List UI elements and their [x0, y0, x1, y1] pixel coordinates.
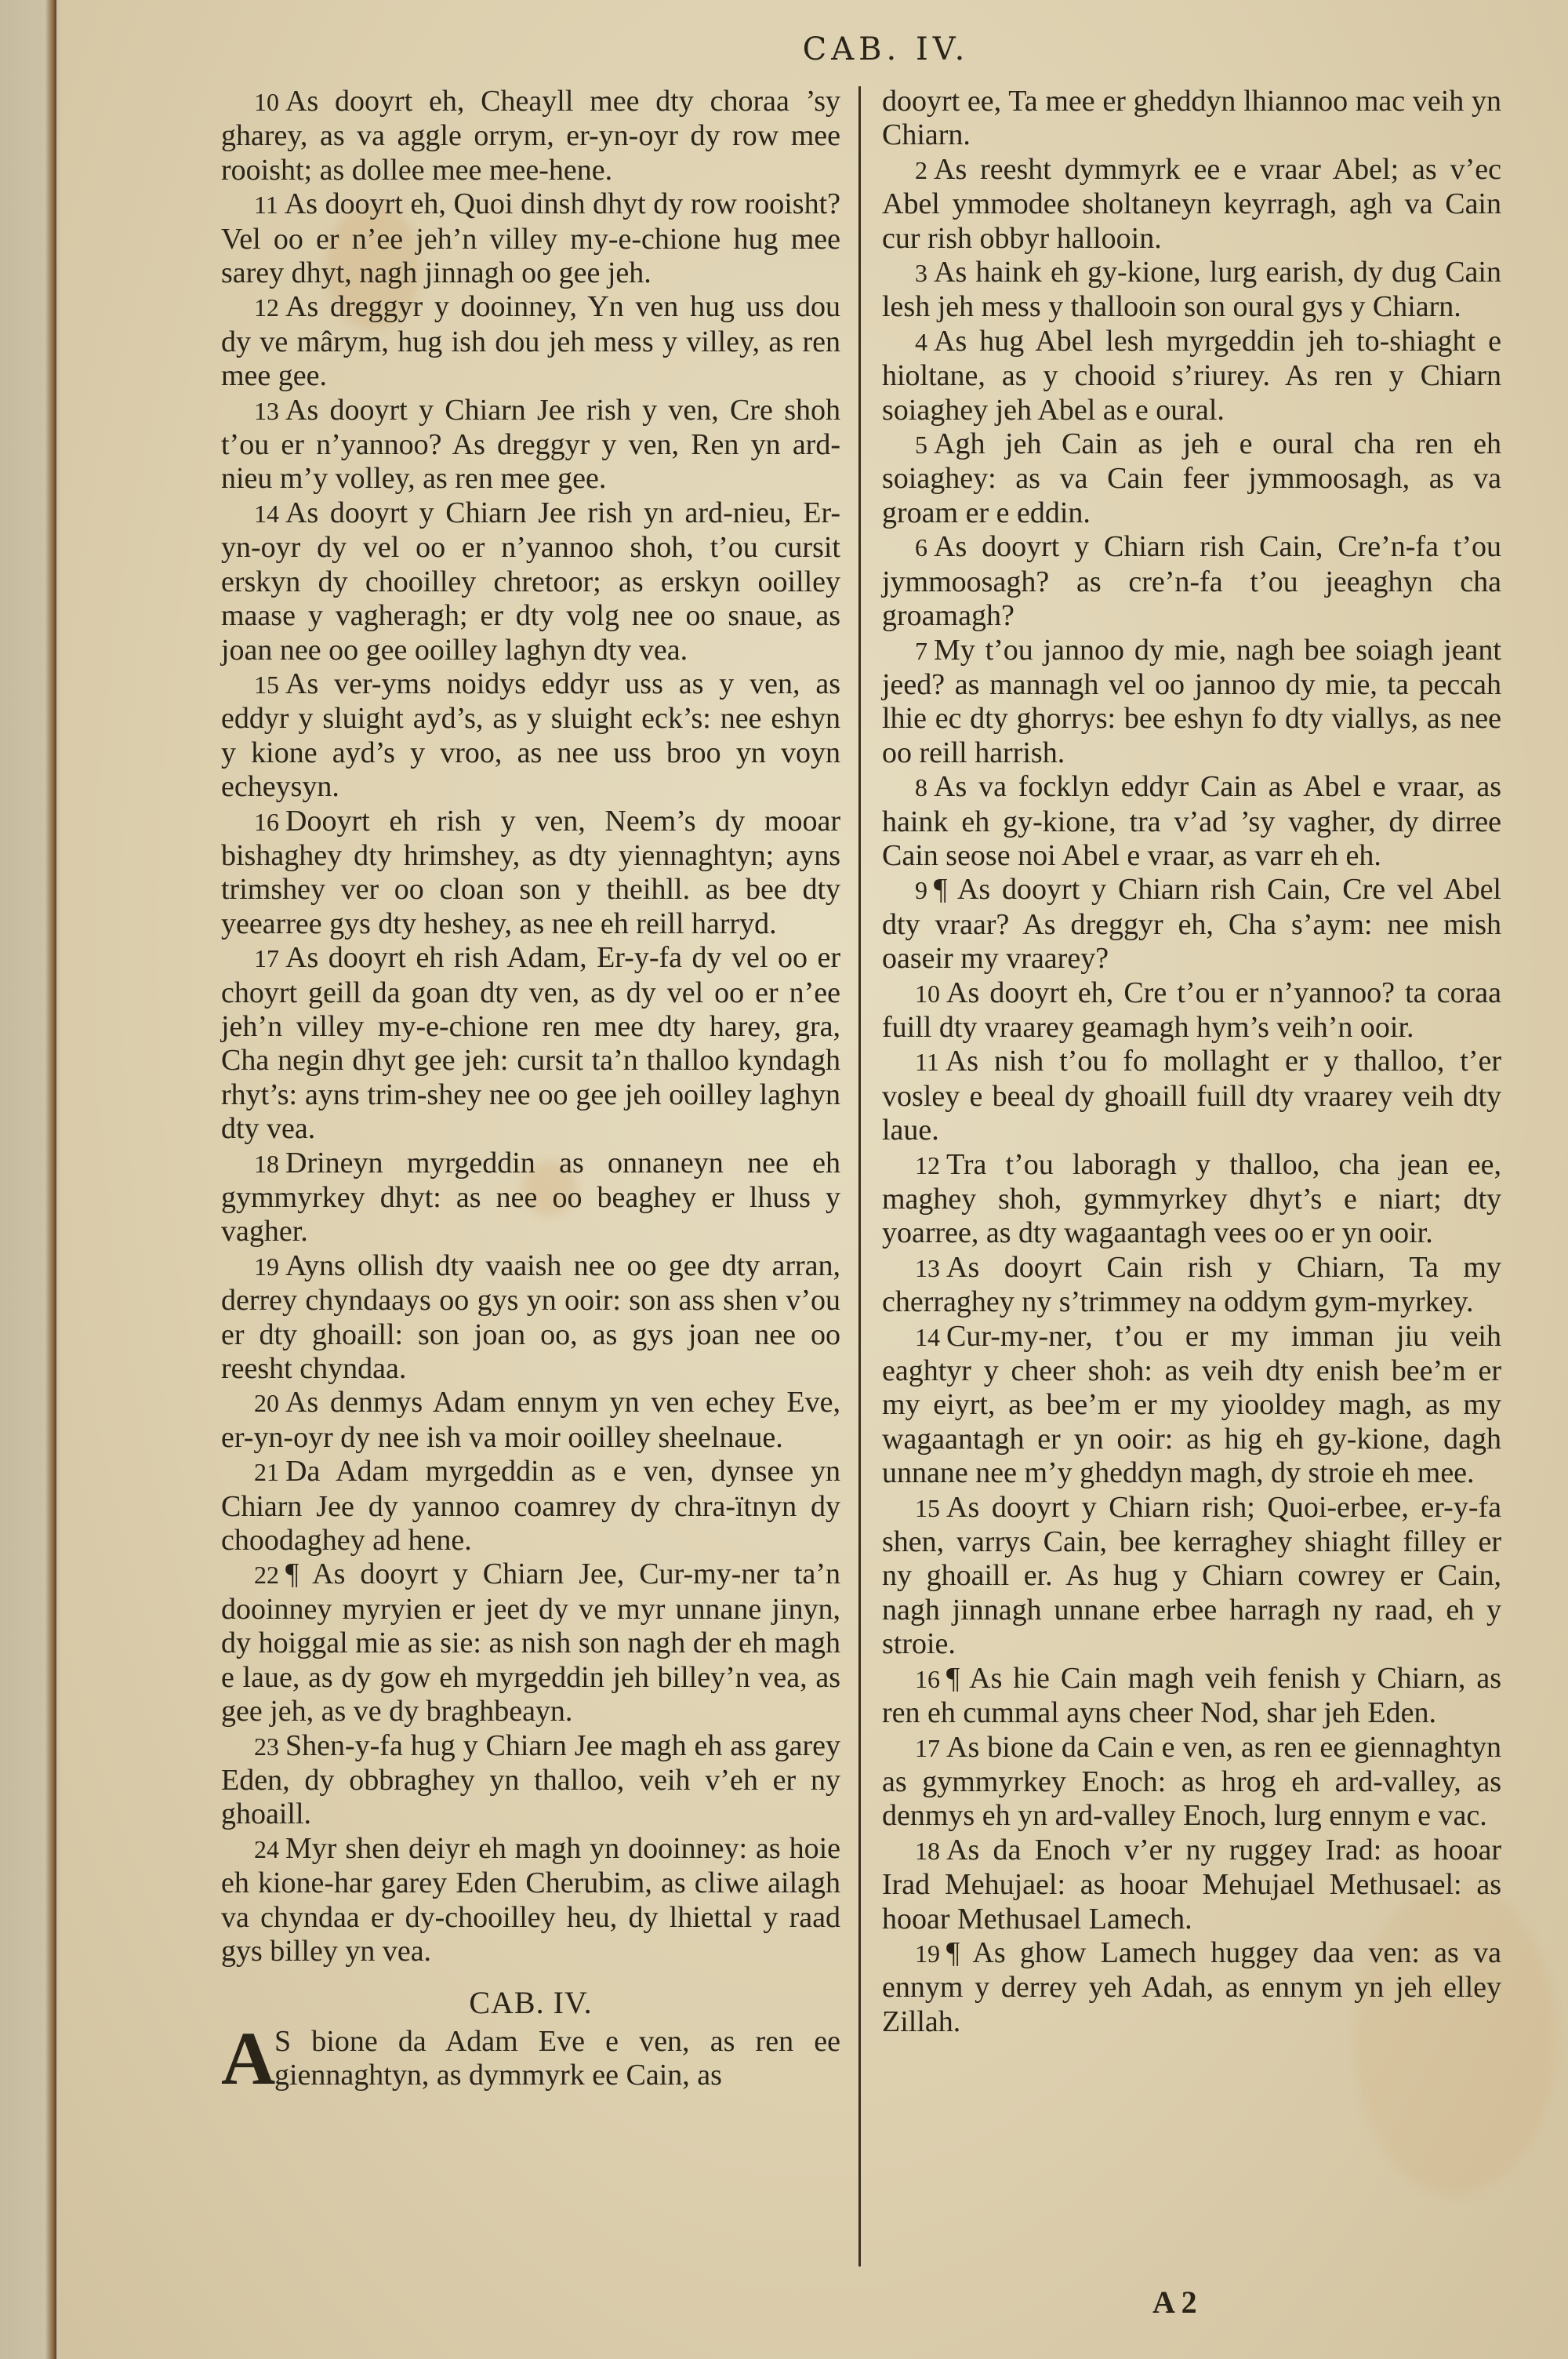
verse: 10As dooyrt eh, Cheayll mee dty choraa ’…: [221, 85, 840, 187]
verse: 16Dooyrt eh rish y ven, Neem’s dy mooar …: [221, 805, 840, 942]
verse-text: As dooyrt eh, Cre t’ou er n’yannoo? ta c…: [882, 976, 1501, 1044]
verse-text: As dooyrt y Chiarn rish Cain, Cre’n-fa t…: [882, 530, 1501, 632]
verse-number: 18: [254, 1150, 279, 1178]
verse-number: 19: [915, 1939, 940, 1968]
verse-text: As bione da Cain e ven, as ren ee gienna…: [882, 1731, 1501, 1833]
verse-text: As hug Abel lesh myrgeddin jeh to-shiagh…: [882, 325, 1501, 427]
verse-text: Cur-my-ner, t’ou er my imman jiu veih ea…: [882, 1320, 1501, 1490]
verse: 19Ayns ollish dty vaaish nee oo gee dty …: [221, 1249, 840, 1387]
verse-text: Tra t’ou laboragh y thalloo, cha jean ee…: [882, 1148, 1501, 1250]
verse: 8As va focklyn eddyr Cain as Abel e vraa…: [882, 770, 1501, 873]
verse-text: S bione da Adam Eve e ven, as ren ee gie…: [274, 2025, 840, 2092]
verse-text: Myr shen deiyr eh magh yn dooinney: as h…: [221, 1832, 840, 1968]
verse: 9¶ As dooyrt y Chiarn rish Cain, Cre vel…: [882, 873, 1501, 976]
verse-text: Da Adam myrgeddin as e ven, dynsee yn Ch…: [221, 1455, 840, 1557]
verse: 13As dooyrt y Chiarn Jee rish y ven, Cre…: [221, 394, 840, 496]
verse-text: As va focklyn eddyr Cain as Abel e vraar…: [882, 770, 1501, 872]
verse-number: 11: [915, 1048, 939, 1076]
verse-text: As dooyrt eh, Quoi dinsh dhyt dy row roo…: [221, 187, 840, 289]
verse: 20As denmys Adam ennym yn ven echey Eve,…: [221, 1386, 840, 1455]
verse: 18As da Enoch v’er ny ruggey Irad: as ho…: [882, 1834, 1501, 1936]
verse-number: 21: [254, 1458, 279, 1486]
verse-continuation: dooyrt ee, Ta mee er gheddyn lhiannoo ma…: [882, 85, 1501, 153]
verse-number: 13: [254, 397, 279, 425]
verse-text: My t’ou jannoo dy mie, nagh bee soiagh j…: [882, 634, 1501, 769]
verse-number: 20: [254, 1389, 279, 1417]
verse: 14As dooyrt y Chiarn Jee rish yn ard-nie…: [221, 496, 840, 667]
verse: 3As haink eh gy-kione, lurg earish, dy d…: [882, 256, 1501, 325]
verse-text: As haink eh gy-kione, lurg earish, dy du…: [882, 256, 1501, 323]
verse-number: 15: [254, 671, 279, 699]
verse: 17As bione da Cain e ven, as ren ee gien…: [882, 1731, 1501, 1834]
right-column: dooyrt ee, Ta mee er gheddyn lhiannoo ma…: [882, 85, 1501, 2039]
left-column: 10As dooyrt eh, Cheayll mee dty choraa ’…: [221, 85, 840, 2095]
verse-text: As ver-yms noidys eddyr uss as y ven, as…: [221, 667, 840, 803]
verse-number: 17: [915, 1734, 940, 1762]
verse-text: As nish t’ou fo mollaght er y thalloo, t…: [882, 1045, 1501, 1147]
verse-number: 6: [915, 533, 927, 562]
verse: 4As hug Abel lesh myrgeddin jeh to-shiag…: [882, 325, 1501, 427]
verse-number: 24: [254, 1835, 279, 1863]
verse-number: 10: [254, 88, 279, 116]
verse-text: As da Enoch v’er ny ruggey Irad: as hooa…: [882, 1834, 1501, 1936]
verse: 7My t’ou jannoo dy mie, nagh bee soiagh …: [882, 634, 1501, 771]
verse: 24Myr shen deiyr eh magh yn dooinney: as…: [221, 1832, 840, 1969]
verse: 12Tra t’ou laboragh y thalloo, cha jean …: [882, 1148, 1501, 1251]
signature-mark: A 2: [1152, 2284, 1197, 2321]
verse-number: 23: [254, 1732, 279, 1761]
verse: 5Agh jeh Cain as jeh e oural cha ren eh …: [882, 427, 1501, 530]
running-head: CAB. IV.: [0, 31, 1568, 67]
verse-text: ¶ As ghow Lamech huggey daa ven: as va e…: [882, 1936, 1501, 2038]
verse: 14Cur-my-ner, t’ou er my imman jiu veih …: [882, 1320, 1501, 1491]
verse-text: As dooyrt Cain rish y Chiarn, Ta my cher…: [882, 1251, 1501, 1318]
verse-number: 15: [915, 1494, 940, 1522]
verse: 19¶ As ghow Lamech huggey daa ven: as va…: [882, 1936, 1501, 2039]
chapter-opening-verse: AS bione da Adam Eve e ven, as ren ee gi…: [221, 2025, 840, 2095]
verse-text: ¶ As dooyrt y Chiarn Jee, Cur-my-ner ta’…: [221, 1558, 840, 1728]
column-divider: [858, 86, 861, 2266]
verse-number: 12: [254, 293, 279, 322]
verse: 10As dooyrt eh, Cre t’ou er n’yannoo? ta…: [882, 976, 1501, 1045]
verse-text: Dooyrt eh rish y ven, Neem’s dy mooar bi…: [221, 805, 840, 940]
book-spine-edge: [0, 0, 56, 2359]
verse: 15As dooyrt y Chiarn rish; Quoi-erbee, e…: [882, 1491, 1501, 1662]
verse-number: 10: [915, 980, 940, 1008]
verse-number: 18: [915, 1837, 940, 1865]
verse: 11As dooyrt eh, Quoi dinsh dhyt dy row r…: [221, 187, 840, 290]
verse: 22¶ As dooyrt y Chiarn Jee, Cur-my-ner t…: [221, 1558, 840, 1728]
verse-text: As denmys Adam ennym yn ven echey Eve, e…: [221, 1386, 840, 1453]
verse-text: As dooyrt y Chiarn rish; Quoi-erbee, er-…: [882, 1491, 1501, 1661]
verse-number: 19: [254, 1252, 279, 1281]
verse-number: 3: [915, 259, 927, 287]
verse: 17As dooyrt eh rish Adam, Er-y-fa dy vel…: [221, 941, 840, 1146]
verse-text: Ayns ollish dty vaaish nee oo gee dty ar…: [221, 1249, 840, 1385]
verse: 16¶ As hie Cain magh veih fenish y Chiar…: [882, 1662, 1501, 1731]
verse: 2As reesht dymmyrk ee e vraar Abel; as v…: [882, 153, 1501, 256]
verse-text: ¶ As dooyrt y Chiarn rish Cain, Cre vel …: [882, 873, 1501, 975]
verse-text: As dooyrt y Chiarn Jee rish y ven, Cre s…: [221, 394, 840, 496]
verse: 12As dreggyr y dooinney, Yn ven hug uss …: [221, 290, 840, 393]
verse-number: 9: [915, 876, 927, 904]
verse: 21Da Adam myrgeddin as e ven, dynsee yn …: [221, 1455, 840, 1558]
verse-text: ¶ As hie Cain magh veih fenish y Chiarn,…: [882, 1662, 1501, 1729]
verse-text: As dooyrt eh rish Adam, Er-y-fa dy vel o…: [221, 941, 840, 1145]
verse-text: As dooyrt eh, Cheayll mee dty choraa ’sy…: [221, 85, 840, 187]
verse-number: 16: [254, 808, 279, 836]
verse-text: As reesht dymmyrk ee e vraar Abel; as v’…: [882, 153, 1501, 255]
verse-text: Agh jeh Cain as jeh e oural cha ren eh s…: [882, 427, 1501, 529]
verse-number: 12: [915, 1151, 940, 1179]
verse-number: 14: [915, 1323, 940, 1351]
verse-number: 16: [915, 1665, 940, 1693]
chapter-heading: CAB. IV.: [221, 1986, 840, 2019]
verse-text: As dooyrt y Chiarn Jee rish yn ard-nieu,…: [221, 496, 840, 667]
verse-number: 5: [915, 431, 927, 459]
verse: 18Drineyn myrgeddin as onnaneyn nee eh g…: [221, 1147, 840, 1249]
verse-number: 13: [915, 1254, 940, 1282]
verse-number: 17: [254, 944, 279, 972]
verse-number: 7: [915, 637, 927, 665]
verse-number: 4: [915, 328, 927, 356]
drop-cap: A: [221, 2026, 275, 2091]
verse-number: 14: [254, 500, 279, 528]
verse-text: Drineyn myrgeddin as onnaneyn nee eh gym…: [221, 1147, 840, 1249]
verse: 11As nish t’ou fo mollaght er y thalloo,…: [882, 1045, 1501, 1147]
verse: 6As dooyrt y Chiarn rish Cain, Cre’n-fa …: [882, 530, 1501, 633]
verse-number: 11: [254, 191, 278, 219]
verse-text: Shen-y-fa hug y Chiarn Jee magh eh ass g…: [221, 1729, 840, 1831]
verse: 23Shen-y-fa hug y Chiarn Jee magh eh ass…: [221, 1729, 840, 1832]
verse: 15As ver-yms noidys eddyr uss as y ven, …: [221, 667, 840, 805]
verse-number: 2: [915, 156, 927, 184]
verse-number: 22: [254, 1561, 279, 1589]
verse: 13As dooyrt Cain rish y Chiarn, Ta my ch…: [882, 1251, 1501, 1320]
verse-number: 8: [915, 773, 927, 801]
verse-text: As dreggyr y dooinney, Yn ven hug uss do…: [221, 290, 840, 392]
